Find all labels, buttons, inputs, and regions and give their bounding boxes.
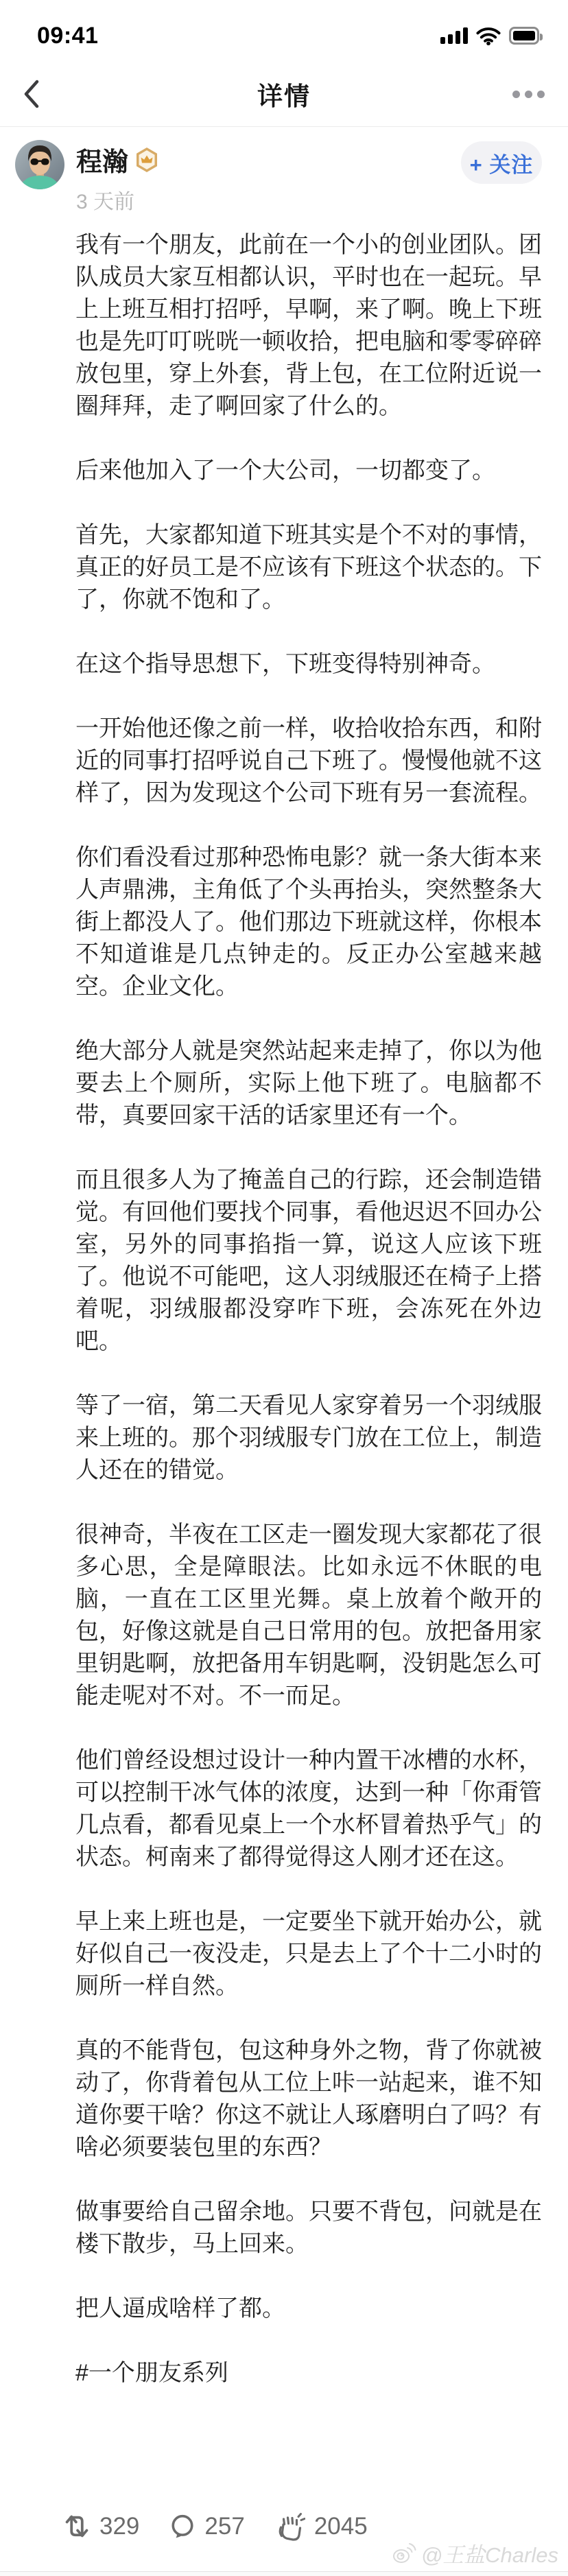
cellular-signal-icon: [440, 27, 468, 44]
chevron-left-icon: [23, 80, 40, 108]
status-icons: [440, 27, 543, 45]
post-paragraph: 后来他加入了一个大公司，一切都变了。: [75, 455, 542, 487]
comment-icon: [169, 2514, 196, 2540]
post-header: 程瀚 3 天前 + 关注: [0, 127, 568, 215]
repost-icon: [63, 2514, 91, 2540]
post-paragraph: 而且很多人为了掩盖自己的行踪，还会制造错觉。有回他们要找个同事，看他迟迟不回办公…: [75, 1164, 542, 1358]
page-title: 详情: [257, 75, 311, 113]
follow-button-label: + 关注: [470, 147, 534, 178]
wifi-icon: [476, 27, 501, 45]
comment-button[interactable]: 257: [169, 2513, 244, 2540]
battery-icon: [509, 27, 539, 45]
comment-count: 257: [204, 2513, 244, 2540]
back-button[interactable]: [23, 79, 41, 109]
post-paragraph: #一个朋友系列: [75, 2357, 542, 2389]
repost-button[interactable]: 329: [63, 2513, 139, 2540]
watermark: @王盐Charles: [392, 2538, 558, 2568]
clap-button[interactable]: 2045: [275, 2512, 368, 2541]
post-body: 我有一个朋友，此前在一个小的创业团队。团队成员大家互相都认识，平时也在一起玩。早…: [0, 215, 568, 2389]
post-paragraph: 他们曾经设想过设计一种内置干冰槽的水杯，可以控制干冰气体的浓度，达到一种「你甭管…: [75, 1745, 542, 1874]
action-bar: 329 257 2045: [63, 2512, 368, 2541]
author-info: 程瀚 3 天前: [76, 140, 158, 215]
post-paragraph: 真的不能背包，包这种身外之物，背了你就被动了，你背着包从工位上咔一站起来，谁不知…: [75, 2035, 542, 2164]
repost-count: 329: [99, 2513, 139, 2540]
post-paragraph: 首先，大家都知道下班其实是个不对的事情，真正的好员工是不应该有下班这个状态的。下…: [75, 519, 542, 616]
post-paragraph: 把人逼成啥样了都。: [75, 2293, 542, 2325]
author-name[interactable]: 程瀚: [76, 141, 128, 178]
post-paragraph: 绝大部分人就是突然站起来走掉了，你以为他要去上个厕所，实际上他下班了。电脑都不带…: [75, 1035, 542, 1132]
post-paragraph: 早上来上班也是，一定要坐下就开始办公，就好似自己一夜没走，只是去上了个十二小时的…: [75, 1906, 542, 2002]
follow-button[interactable]: + 关注: [461, 141, 542, 184]
post-paragraph: 你们看没看过那种恐怖电影？就一条大街本来人声鼎沸，主角低了个头再抬头，突然整条大…: [75, 842, 542, 1003]
post-paragraph: 在这个指导思想下，下班变得特别神奇。: [75, 648, 542, 681]
nav-bar: 详情: [0, 62, 568, 127]
clap-icon: [275, 2512, 305, 2541]
post-paragraph: 一开始他还像之前一样，收拾收拾东西，和附近的同事打招呼说自己下班了。慢慢他就不这…: [75, 713, 542, 810]
clap-count: 2045: [314, 2513, 368, 2540]
post-paragraph: 很神奇，半夜在工区走一圈发现大家都花了很多心思，全是障眼法。比如永远不休眠的电脑…: [75, 1519, 542, 1712]
post-paragraph: 我有一个朋友，此前在一个小的创业团队。团队成员大家互相都认识，平时也在一起玩。早…: [75, 229, 542, 423]
post-timestamp: 3 天前: [76, 185, 158, 215]
more-options-button[interactable]: [512, 79, 545, 109]
status-bar: 09:41: [0, 0, 568, 62]
post-paragraph: 等了一宿，第二天看见人家穿着另一个羽绒服来上班的。那个羽绒服专门放在工位上，制造…: [75, 1390, 542, 1487]
status-time: 09:41: [37, 23, 98, 49]
weibo-logo-icon: [392, 2542, 416, 2565]
bottom-strip: [0, 2572, 568, 2576]
post-paragraph: 做事要给自己留余地。只要不背包，问就是在楼下散步，马上回来。: [75, 2196, 542, 2260]
avatar[interactable]: [15, 140, 64, 189]
watermark-text: @王盐Charles: [421, 2538, 558, 2568]
vip-crown-badge-icon: [135, 147, 158, 173]
